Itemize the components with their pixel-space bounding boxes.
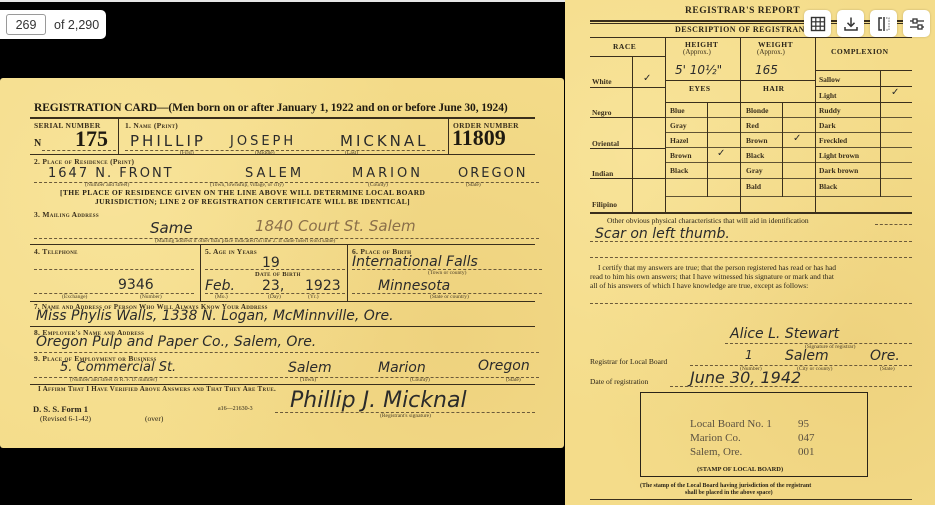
residence-label: 2. Place of Residence (Print) bbox=[34, 157, 134, 166]
certify-line-3: all of his answers of which I have knowl… bbox=[590, 281, 808, 290]
eyes-check: ✓ bbox=[717, 148, 725, 159]
stamp-label: (STAMP OF LOCAL BOARD) bbox=[697, 466, 783, 473]
table-line bbox=[815, 70, 912, 71]
race-negro: Negro bbox=[592, 108, 611, 117]
weight-value: 165 bbox=[755, 63, 778, 77]
serial-rule bbox=[42, 150, 116, 151]
certify-line-1: I certify that my answers are true; that… bbox=[598, 263, 836, 272]
table-line bbox=[590, 212, 912, 214]
table-line bbox=[665, 162, 912, 163]
dob-month: Feb. bbox=[205, 278, 235, 294]
complexion-dark-brown: Dark brown bbox=[819, 166, 858, 175]
employer-rule bbox=[34, 352, 539, 353]
race-check: ✓ bbox=[643, 73, 651, 84]
registration-card-front: REGISTRATION CARD—(Men born on or after … bbox=[0, 78, 564, 448]
date-value: June 30, 1942 bbox=[690, 368, 801, 387]
age-label: 5. Age in Years bbox=[205, 247, 257, 256]
divider bbox=[590, 37, 912, 38]
dob-day: 23, bbox=[262, 278, 284, 294]
name-label: 1. Name (Print) bbox=[125, 121, 178, 130]
registrar-signature: Alice L. Stewart bbox=[730, 326, 839, 342]
stamp-line-1: Local Board No. 1 bbox=[690, 418, 772, 430]
certify-rule bbox=[590, 303, 912, 304]
grid-view-button[interactable] bbox=[804, 10, 831, 37]
over-note: (over) bbox=[145, 414, 163, 423]
complexion-freckled: Freckled bbox=[819, 136, 847, 145]
table-line bbox=[590, 87, 665, 88]
stamp-note-1: (The stamp of the Local Board having jur… bbox=[640, 483, 811, 489]
divider bbox=[30, 244, 535, 245]
race-indian: Indian bbox=[592, 169, 613, 178]
hair-brown: Brown bbox=[746, 136, 768, 145]
eyes-brown: Brown bbox=[670, 151, 692, 160]
race-oriental: Oriental bbox=[592, 139, 619, 148]
adjust-button[interactable] bbox=[903, 10, 930, 37]
board-sub-state: (State) bbox=[880, 366, 895, 372]
residence-county: MARION bbox=[352, 166, 423, 181]
mailing-label: 3. Mailing Address bbox=[34, 210, 99, 219]
table-line bbox=[665, 102, 912, 103]
card-title: REGISTRATION CARD—(Men born on or after … bbox=[34, 102, 508, 114]
board-number: 1 bbox=[745, 348, 753, 362]
race-filipino: Filipino bbox=[592, 200, 617, 209]
birthplace-sub-state: (State or country) bbox=[430, 294, 469, 300]
complexion-black: Black bbox=[819, 182, 837, 191]
complexion-light-brown: Light brown bbox=[819, 151, 859, 160]
divider bbox=[30, 301, 535, 302]
viewer-toolbar bbox=[804, 10, 930, 37]
table-line bbox=[815, 37, 816, 212]
name-sub-last: (Last) bbox=[345, 150, 358, 156]
divider bbox=[347, 245, 348, 301]
mailing-overwrite: 1840 Court St. Salem bbox=[255, 217, 416, 235]
board-city: Salem bbox=[785, 348, 829, 364]
residence-state: OREGON bbox=[458, 166, 528, 181]
telephone-sub-number: (Number) bbox=[140, 294, 162, 300]
form-id: D. S. S. Form 1 bbox=[33, 404, 88, 414]
print-code: a16—21630-3 bbox=[218, 406, 253, 412]
hair-black: Black bbox=[746, 151, 764, 160]
employment-street: 5. Commercial St. bbox=[60, 360, 176, 375]
divider bbox=[30, 326, 535, 327]
height-sub: (Approx.) bbox=[683, 48, 711, 56]
registrant-signature: Phillip J. Micknal bbox=[290, 388, 467, 413]
board-state: Ore. bbox=[870, 348, 900, 364]
dob-label: Date of Birth bbox=[255, 271, 301, 278]
weight-sub: (Approx.) bbox=[757, 48, 785, 56]
name-last: MICKNAL bbox=[340, 132, 429, 150]
employment-sub-town: (Town) bbox=[300, 377, 316, 383]
complexion-ruddy: Ruddy bbox=[819, 106, 841, 115]
affirm-statement: I Affirm That I Have Verified Above Answ… bbox=[38, 385, 276, 393]
page-number-input[interactable] bbox=[6, 14, 46, 35]
table-line bbox=[665, 132, 912, 133]
sliders-icon bbox=[909, 16, 925, 32]
serial-number: 175 bbox=[75, 126, 108, 152]
date-label: Date of registration bbox=[590, 377, 648, 386]
board-sub-city: (City or county) bbox=[797, 366, 832, 372]
signature-sub: (Registrant's signature) bbox=[380, 413, 431, 419]
other-rule bbox=[875, 224, 912, 225]
back-title: REGISTRAR'S REPORT bbox=[685, 6, 800, 16]
eyes-gray: Gray bbox=[670, 121, 687, 130]
stamp-code-3: 001 bbox=[798, 446, 815, 458]
complexion-header: COMPLEXION bbox=[831, 47, 889, 56]
height-value: 5' 10½" bbox=[675, 63, 722, 77]
stamp-line-2: Marion Co. bbox=[690, 432, 741, 444]
download-button[interactable] bbox=[837, 10, 864, 37]
telephone-rule bbox=[34, 269, 194, 270]
eyes-black: Black bbox=[670, 166, 688, 175]
eyes-blue: Blue bbox=[670, 106, 685, 115]
telephone-sub-exchange: (Exchange) bbox=[62, 294, 87, 300]
contact-value: Miss Phylis Walls, 1338 N. Logan, McMinn… bbox=[36, 308, 394, 324]
hair-gray: Gray bbox=[746, 166, 763, 175]
name-sub-middle: (Middle) bbox=[255, 150, 275, 156]
jurisdiction-note-2: JURISDICTION; LINE 2 OF REGISTRATION CER… bbox=[95, 197, 410, 206]
stamp-code-2: 047 bbox=[798, 432, 815, 444]
race-white: White bbox=[592, 77, 612, 86]
telephone-rule-2 bbox=[34, 293, 194, 294]
order-number: 11809 bbox=[452, 125, 506, 151]
telephone-number: 9346 bbox=[118, 277, 154, 293]
divider bbox=[30, 154, 535, 155]
employment-town: Salem bbox=[288, 360, 332, 376]
birthplace-town: International Falls bbox=[352, 254, 478, 270]
registrar-label: Registrar for Local Board bbox=[590, 357, 667, 366]
divider bbox=[448, 118, 449, 154]
complexion-sallow: Sallow bbox=[819, 75, 840, 84]
mailing-value: Same bbox=[150, 219, 193, 237]
name-sub-first: (First) bbox=[180, 150, 194, 156]
employer-value: Oregon Pulp and Paper Co., Salem, Ore. bbox=[36, 334, 316, 350]
registration-card-back: REGISTRAR'S REPORT DESCRIPTION OF REGIST… bbox=[565, 0, 935, 505]
hair-bald: Bald bbox=[746, 182, 761, 191]
table-line bbox=[590, 117, 665, 118]
complexion-light: Light bbox=[819, 91, 837, 100]
employment-sub-street: (Number and street or R. F. D. number) bbox=[70, 377, 157, 383]
table-line bbox=[665, 178, 912, 179]
residence-street: 1647 N. FRONT bbox=[48, 166, 174, 181]
stamp-code-1: 95 bbox=[798, 418, 809, 430]
table-line bbox=[590, 178, 665, 179]
residence-town: SALEM bbox=[245, 166, 304, 181]
other-value: Scar on left thumb. bbox=[595, 226, 730, 242]
dob-year: 1923 bbox=[305, 278, 341, 294]
name-rule bbox=[125, 150, 445, 151]
grid-icon bbox=[810, 16, 826, 32]
age-rule bbox=[205, 269, 345, 270]
eyes-hazel: Hazel bbox=[670, 136, 688, 145]
serial-prefix: N bbox=[34, 138, 41, 149]
name-first: PHILLIP bbox=[130, 132, 206, 150]
name-middle: JOSEPH bbox=[230, 134, 296, 149]
date-rule bbox=[670, 386, 912, 387]
table-line bbox=[665, 80, 815, 81]
back-subtitle: DESCRIPTION OF REGISTRANT bbox=[675, 25, 811, 34]
form-revised: (Revised 6-1-42) bbox=[40, 414, 91, 423]
hair-blonde: Blonde bbox=[746, 106, 769, 115]
birthplace-sub-town: (Town or county) bbox=[428, 270, 466, 276]
table-line bbox=[590, 148, 665, 149]
race-header: RACE bbox=[613, 42, 636, 51]
stamp-line-3: Salem, Ore. bbox=[690, 446, 742, 458]
hair-red: Red bbox=[746, 121, 759, 130]
employment-state: Oregon bbox=[478, 358, 530, 374]
dob-sub-yr: (Yr.) bbox=[308, 294, 319, 300]
residence-sub-state: (State) bbox=[466, 182, 481, 188]
eyes-header: EYES bbox=[689, 84, 711, 93]
divider bbox=[118, 118, 119, 154]
employment-sub-state: (State) bbox=[506, 377, 521, 383]
table-line bbox=[665, 117, 912, 118]
page-indicator: of 2,290 bbox=[0, 10, 106, 39]
stamp-note-2: shall be placed in the above space) bbox=[685, 490, 773, 496]
table-line bbox=[632, 57, 633, 212]
viewer-top-border bbox=[0, 0, 565, 2]
telephone-label: 4. Telephone bbox=[34, 247, 78, 256]
table-line bbox=[665, 196, 912, 197]
stamp-box bbox=[640, 392, 868, 477]
page-total-label: of 2,290 bbox=[54, 18, 99, 32]
complexion-check: ✓ bbox=[891, 87, 899, 98]
table-line bbox=[740, 37, 741, 212]
table-line bbox=[665, 37, 666, 212]
divider bbox=[200, 245, 201, 301]
dob-sub-day: (Day) bbox=[268, 294, 281, 300]
certify-line-2: read to him his own answers; that I have… bbox=[590, 272, 834, 281]
download-icon bbox=[843, 16, 859, 32]
table-line bbox=[665, 147, 912, 148]
table-line bbox=[590, 56, 665, 57]
other-rule-2 bbox=[590, 241, 912, 242]
other-label: Other obvious physical characteristics t… bbox=[607, 216, 809, 225]
complexion-dark: Dark bbox=[819, 121, 836, 130]
divider bbox=[590, 499, 912, 500]
hair-check: ✓ bbox=[793, 133, 801, 144]
employment-sub-county: (County) bbox=[410, 377, 430, 383]
compare-button[interactable] bbox=[870, 10, 897, 37]
divider bbox=[30, 117, 535, 119]
dob-sub-mo: (Mo.) bbox=[215, 294, 228, 300]
other-rule-3 bbox=[590, 257, 912, 258]
hair-header: HAIR bbox=[763, 84, 785, 93]
birthplace-state: Minnesota bbox=[378, 278, 450, 294]
employment-county: Marion bbox=[378, 360, 426, 376]
split-view-icon bbox=[876, 16, 892, 32]
jurisdiction-note-1: [THE PLACE OF RESIDENCE GIVEN ON THE LIN… bbox=[60, 188, 425, 197]
